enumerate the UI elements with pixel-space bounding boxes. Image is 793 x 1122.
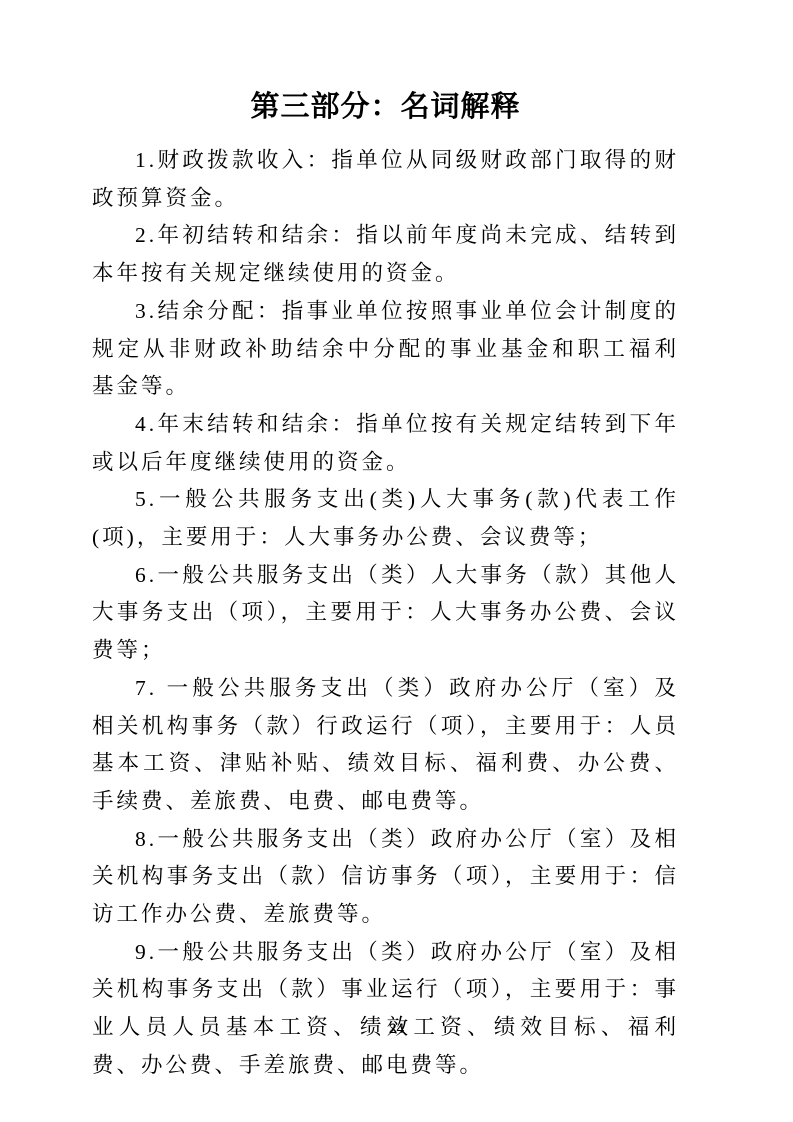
definition-paragraph-4: 4.年末结转和结余：指单位按有关规定结转到下年或以后年度继续使用的资金。: [92, 406, 679, 481]
document-content: 第三部分：名词解释 1.财政拨款收入：指单位从同级财政部门取得的财政预算资金。 …: [92, 86, 679, 1085]
definition-paragraph-5: 5.一般公共服务支出(类)人大事务(款)代表工作(项)，主要用于：人大事务办公费…: [92, 481, 679, 556]
definition-paragraph-3: 3.结余分配：指事业单位按照事业单位会计制度的规定从非财政补助结余中分配的事业基…: [92, 293, 679, 406]
definition-paragraph-2: 2.年初结转和结余：指以前年度尚未完成、结转到本年按有关规定继续使用的资金。: [92, 217, 679, 292]
definition-paragraph-9: 9.一般公共服务支出（类）政府办公厅（室）及相关机构事务支出（款）事业运行（项）…: [92, 934, 679, 1085]
definition-paragraph-6: 6.一般公共服务支出（类）人大事务（款）其他人大事务支出（项），主要用于：人大事…: [92, 557, 679, 670]
definition-paragraph-7: 7. 一般公共服务支出（类）政府办公厅（室）及相关机构事务（款）行政运行（项），…: [92, 670, 679, 821]
page-title: 第三部分：名词解释: [92, 86, 679, 128]
definition-paragraph-1: 1.财政拨款收入：指单位从同级财政部门取得的财政预算资金。: [92, 142, 679, 217]
document-page: 第三部分：名词解释 1.财政拨款收入：指单位从同级财政部门取得的财政预算资金。 …: [0, 0, 793, 1122]
page-number: 24: [0, 1020, 793, 1036]
definition-paragraph-8: 8.一般公共服务支出（类）政府办公厅（室）及相关机构事务支出（款）信访事务（项）…: [92, 821, 679, 934]
